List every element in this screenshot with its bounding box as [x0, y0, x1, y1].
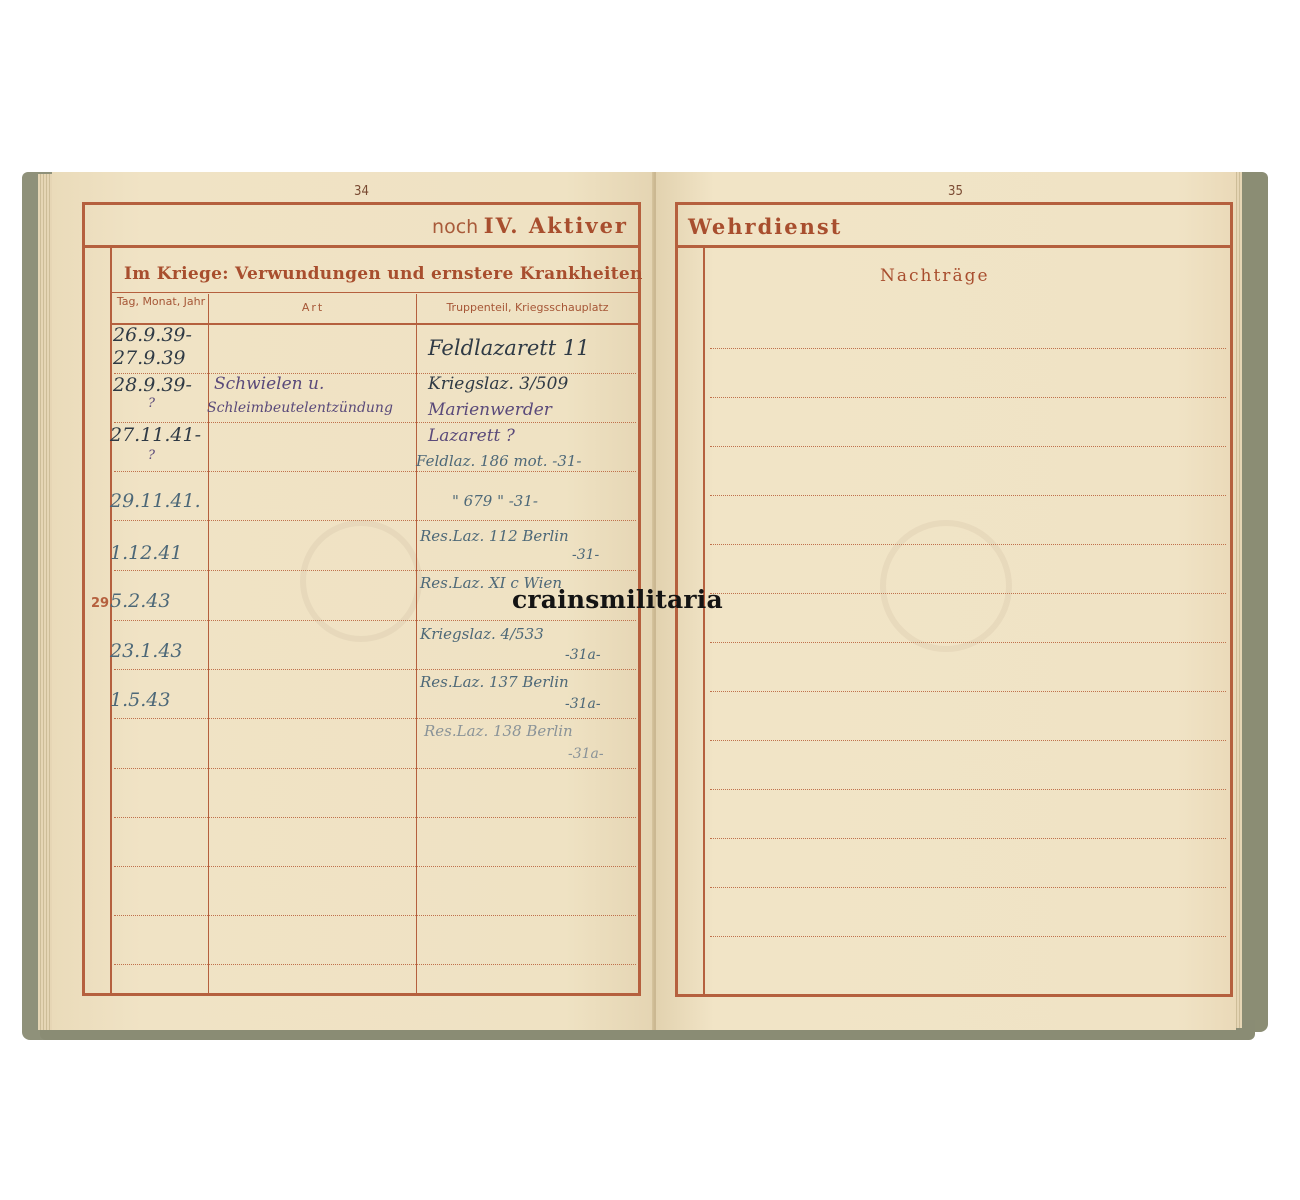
- header-top-rule: [112, 292, 638, 293]
- entry-unit: " 679 " -31-: [452, 492, 538, 510]
- title-main: IV. Aktiver: [484, 213, 628, 238]
- entry-unit: Marienwerder: [428, 400, 552, 420]
- line-rule: [710, 887, 1226, 888]
- entry-date: 1.12.41: [110, 542, 183, 564]
- entry-date: 23.1.43: [110, 640, 183, 662]
- entry-unit: -31-: [572, 547, 599, 563]
- entry-unit: Kriegslaz. 3/509: [428, 374, 568, 394]
- line-rule: [710, 348, 1226, 349]
- row-rule: [114, 718, 636, 719]
- row-rule: [114, 768, 636, 769]
- entry-unit: Lazarett ?: [428, 426, 515, 446]
- entry-unit: -31a-: [565, 696, 601, 712]
- line-rule: [710, 740, 1226, 741]
- row-rule: [114, 964, 636, 965]
- entry-unit-pencil: Res.Laz. 138 Berlin: [424, 722, 573, 740]
- entry-art: Schwielen u.: [214, 374, 324, 394]
- page-number-right: 35: [948, 184, 963, 199]
- entry-unit-pencil: -31a-: [568, 746, 604, 762]
- line-rule: [710, 593, 1226, 594]
- line-rule: [710, 691, 1226, 692]
- right-margin-column: [678, 248, 705, 994]
- book-cover-right: [1240, 172, 1268, 1032]
- entry-unit: Res.Laz. 112 Berlin: [420, 527, 569, 545]
- line-rule: [710, 495, 1226, 496]
- section-heading-nachtraege: Nachträge: [880, 266, 990, 286]
- row-rule: [114, 669, 636, 670]
- row-rule: [114, 422, 636, 423]
- watermark-text: crainsmilitaria: [512, 585, 723, 614]
- line-rule: [710, 446, 1226, 447]
- right-page-frame: [675, 202, 1233, 997]
- booklet-spread: 34 noch IV. Aktiver Im Kriege: Verwundun…: [0, 0, 1300, 1200]
- right-page-title: Wehrdienst: [688, 214, 842, 239]
- row-rule: [114, 570, 636, 571]
- entry-date: 26.9.39-: [113, 324, 192, 346]
- row-rule: [114, 866, 636, 867]
- entry-date: 27.9.39: [113, 347, 186, 369]
- row-rule: [114, 520, 636, 521]
- column-header-art: Art: [209, 302, 417, 314]
- page-number-left: 34: [354, 184, 369, 199]
- line-rule: [710, 544, 1226, 545]
- row-rule: [114, 471, 636, 472]
- entry-unit: Feldlazarett 11: [428, 336, 590, 360]
- entry-date: 1.5.43: [110, 689, 170, 711]
- entry-date: 29.11.41.: [110, 490, 201, 512]
- side-marker-29: 29: [91, 596, 109, 611]
- entry-date-query: ?: [148, 448, 155, 463]
- left-page-title: noch IV. Aktiver: [432, 213, 628, 238]
- line-rule: [710, 642, 1226, 643]
- row-rule: [114, 620, 636, 621]
- column-divider-1: [208, 294, 209, 993]
- line-rule: [710, 397, 1226, 398]
- column-header-date: Tag, Monat, Jahr: [113, 296, 209, 308]
- entry-date: 28.9.39-: [113, 374, 192, 396]
- entry-unit: Kriegslaz. 4/533: [420, 625, 544, 643]
- line-rule: [710, 936, 1226, 937]
- row-rule: [114, 817, 636, 818]
- entry-unit: -31a-: [565, 647, 601, 663]
- column-header-unit: Truppenteil, Kriegsschauplatz: [418, 302, 637, 314]
- title-prefix: noch: [432, 216, 478, 238]
- entry-art: Schleimbeutelentzündung: [207, 400, 393, 416]
- entry-date: 5.2.43: [110, 590, 170, 612]
- entry-unit: Res.Laz. 137 Berlin: [420, 673, 569, 691]
- entry-date-query: ?: [148, 396, 155, 411]
- line-rule: [710, 838, 1226, 839]
- line-rule: [710, 789, 1226, 790]
- column-divider-2: [416, 294, 417, 993]
- entry-date: 27.11.41-: [110, 424, 201, 446]
- entry-unit: Feldlaz. 186 mot. -31-: [416, 452, 581, 470]
- section-heading-wounds: Im Kriege: Verwundungen und ernstere Kra…: [124, 264, 643, 284]
- left-margin-column: [85, 248, 112, 993]
- row-rule: [114, 915, 636, 916]
